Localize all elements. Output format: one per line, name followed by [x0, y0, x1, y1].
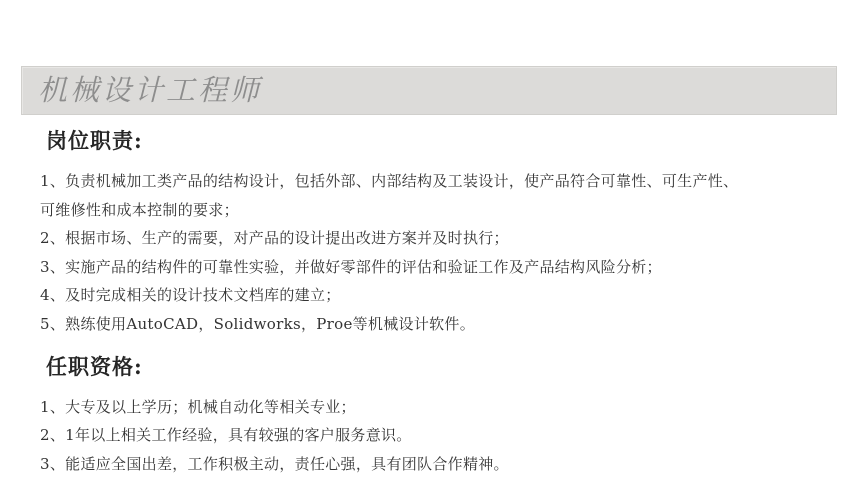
qualification-line-2: 2、1年以上相关工作经验，具有较强的客户服务意识。	[40, 421, 831, 450]
responsibility-line-1: 1、负责机械加工类产品的结构设计，包括外部、内部结构及工装设计，使产品符合可靠性…	[40, 167, 831, 196]
qualifications-heading: 任职资格:	[46, 354, 831, 380]
section-responsibilities: 岗位职责: 1、负责机械加工类产品的结构设计，包括外部、内部结构及工装设计，使产…	[40, 128, 831, 339]
section-qualifications: 任职资格: 1、大专及以上学历；机械自动化等相关专业； 2、1年以上相关工作经验…	[40, 354, 831, 479]
responsibility-line-3: 3、实施产品的结构件的可靠性实验，并做好零部件的评估和验证工作及产品结构风险分析…	[40, 253, 831, 282]
qualification-line-3: 3、能适应全国出差，工作积极主动，责任心强，具有团队合作精神。	[40, 450, 831, 479]
responsibility-line-2: 2、根据市场、生产的需要，对产品的设计提出改进方案并及时执行；	[40, 224, 831, 253]
responsibility-line-1-continued: 可维修性和成本控制的要求；	[40, 196, 831, 225]
job-description-page: 机械设计工程师 岗位职责: 1、负责机械加工类产品的结构设计，包括外部、内部结构…	[0, 0, 859, 484]
job-title: 机械设计工程师	[22, 67, 836, 113]
responsibilities-heading: 岗位职责:	[46, 128, 831, 154]
responsibility-line-5: 5、熟练使用AutoCAD，Solidworks，Proe等机械设计软件。	[40, 310, 831, 339]
qualification-line-1: 1、大专及以上学历；机械自动化等相关专业；	[40, 393, 831, 422]
job-title-banner: 机械设计工程师	[21, 66, 837, 115]
job-description-content: 岗位职责: 1、负责机械加工类产品的结构设计，包括外部、内部结构及工装设计，使产…	[40, 128, 831, 478]
responsibility-line-4: 4、及时完成相关的设计技术文档库的建立；	[40, 281, 831, 310]
